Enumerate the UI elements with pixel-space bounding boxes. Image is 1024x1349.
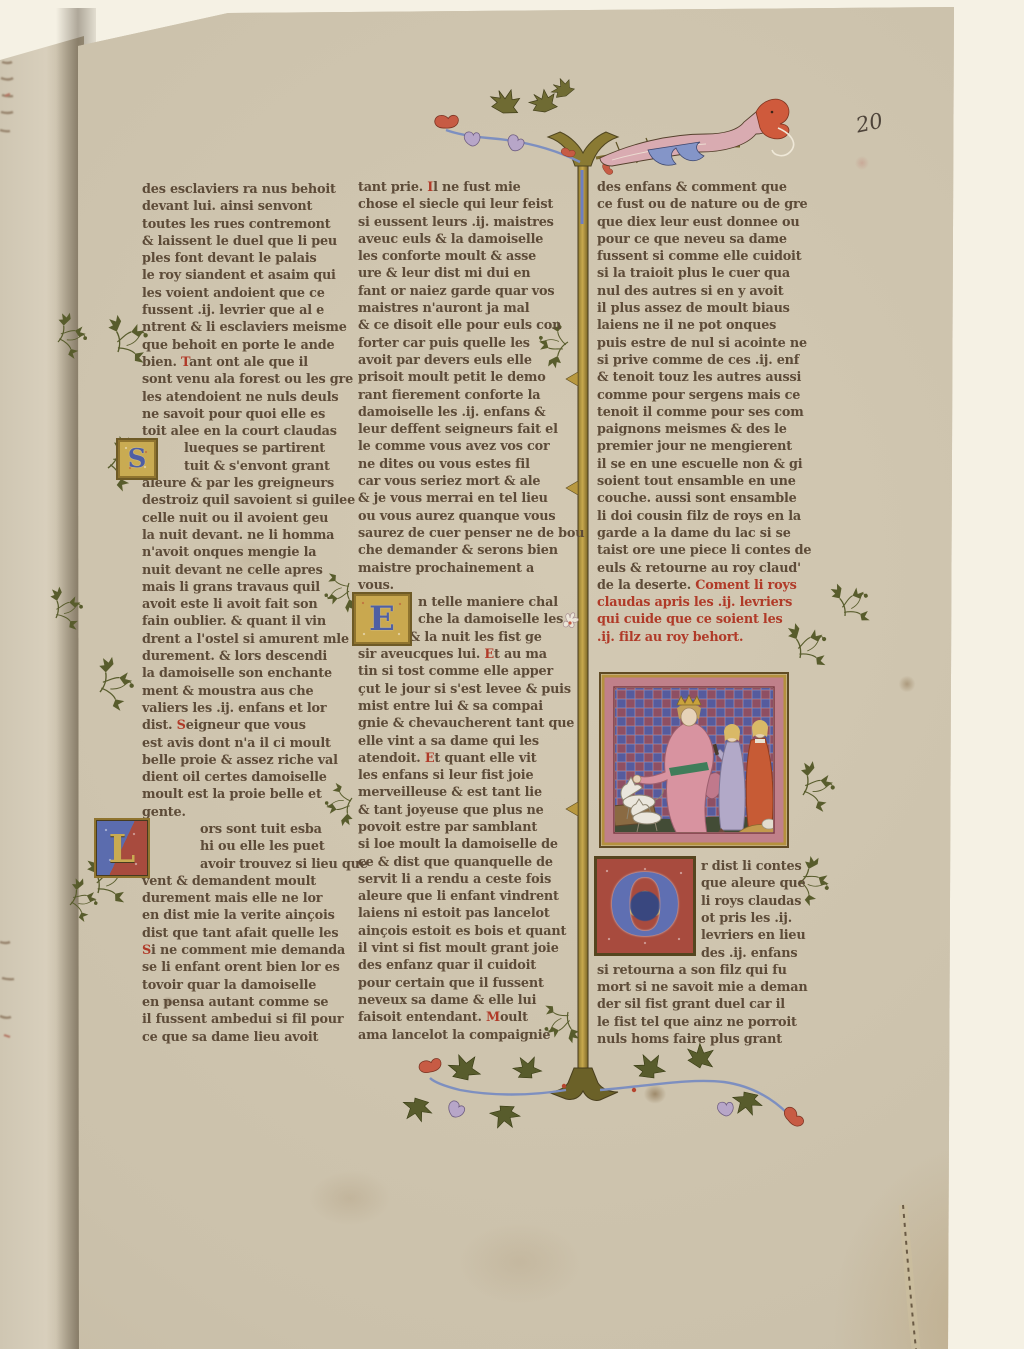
text-line: taist ore une piece li contes de [597, 542, 811, 559]
text-line: aleure que li enfant vindrent [358, 888, 584, 905]
text-line: çut le jour si s'est levee & puis [358, 681, 584, 698]
text-line: soient tout ensamble en une [597, 473, 811, 490]
text-line: les voient andoient que ce [142, 285, 368, 302]
text-line: destroiz quil savoient si guilee [142, 492, 368, 509]
text-line: & laissent le duel que li peu [142, 233, 368, 250]
text-line: premier jour ne mengierent [597, 438, 811, 455]
text-line: servit li a rendu a ceste fois [358, 871, 584, 888]
text-line: povoit estre par samblant [358, 819, 584, 836]
text-line: ce que sa dame lieu avoit [142, 1029, 368, 1046]
decorated-initial-l: L [94, 818, 150, 878]
text-line: atendoit. Et quant elle vit [358, 750, 584, 767]
text-line: ce fust ou de nature ou de gre [597, 196, 811, 213]
text-line: li doi cousin filz de roys en la [597, 508, 811, 525]
text-line: si prive comme de ces .ij. enf [597, 352, 811, 369]
text-line: devant lui. ainsi senvont [142, 198, 368, 215]
text-line: merveilleuse & est tant lie [358, 784, 584, 801]
text-line: que diex leur eust donnee ou [597, 214, 811, 231]
text-line: dist. Seigneur que vous [142, 717, 368, 734]
text-line: que behoit en porte le ande [142, 337, 368, 354]
text-line: & je vous merrai en tel lieu [358, 490, 584, 507]
text-line: prisoit moult petit le demo [358, 369, 584, 386]
text-line: qui cuide que ce soient les [597, 611, 811, 628]
manuscript-photo: 20 [0, 0, 1024, 1349]
text-line: tant prie. Il ne fust mie [358, 179, 584, 196]
text-line: forter car puis quelle les [358, 335, 584, 352]
text-line: ou vous aurez quanque vous [358, 508, 584, 525]
text-line: se li enfant orent bien lor es [142, 959, 368, 976]
text-line: claudas apris les .ij. levriers [597, 594, 811, 611]
text-line: nuit devant ne celle apres [142, 562, 368, 579]
text-line: toit alee en la court claudas [142, 423, 368, 440]
text-line: ce & dist que quanquelle de [358, 854, 584, 871]
text-line: pour certain que il fussent [358, 975, 584, 992]
folio-number: 20 [854, 109, 885, 136]
text-line: der sil fist grant duel car il [597, 996, 811, 1013]
text-line: laiens ne il ne pot onques [597, 317, 811, 334]
text-line: faisoit entendant. Moult [358, 1009, 584, 1026]
text-line: est avis dont n'a il ci moult [142, 735, 368, 752]
text-line: avoit este li avoit fait son [142, 596, 368, 613]
text-line: tuit & s'envont grant [142, 458, 368, 475]
text-line: toutes les rues contremont [142, 216, 368, 233]
text-line: les conforte moult & asse [358, 248, 584, 265]
text-line: & tant joyeuse que plus ne [358, 802, 584, 819]
text-line: leur deffent seigneurs fait el [358, 421, 584, 438]
text-line: tovoir quar la damoiselle [142, 977, 368, 994]
text-line: valiers les .ij. enfans et lor [142, 700, 368, 717]
text-line: neveux sa dame & elle lui [358, 992, 584, 1009]
text-line: fain oublier. & quant il vin [142, 613, 368, 630]
text-line: moult est la proie belle et [142, 786, 368, 803]
miniature-king-claudas-and-greyhounds [598, 672, 790, 848]
text-line: des esclaviers ra nus behoit [142, 181, 368, 198]
text-line: maistres n'auront ja mal [358, 300, 584, 317]
text-line: ama lancelot la compaignie [358, 1027, 584, 1044]
text-line: si eussent leurs .ij. maistres [358, 214, 584, 231]
text-line: n'avoit onques mengie la [142, 544, 368, 561]
text-line: & tenoit touz les autres aussi [597, 369, 811, 386]
text-line: fussent .ij. levrier que al e [142, 302, 368, 319]
text-line: si loe moult la damoiselle de [358, 836, 584, 853]
text-line: puis estre de nul si acointe ne [597, 335, 811, 352]
text-line: les enfans si leur fist joie [358, 767, 584, 784]
text-line: pour ce que neveu sa dame [597, 231, 811, 248]
text-line: vent & demandent moult [142, 873, 368, 890]
text-line: chose el siecle qui leur feist [358, 196, 584, 213]
text-line: avoit par devers euls elle [358, 352, 584, 369]
text-line: aleure & par les greigneurs [142, 475, 368, 492]
text-line: le comme vous avez vos cor [358, 438, 584, 455]
text-line: gnie & chevaucherent tant que [358, 715, 584, 732]
text-line: euls & retourne au roy claud' [597, 560, 811, 577]
text-line: ntrent & li esclaviers meisme [142, 319, 368, 336]
text-line: il se en une escuelle non & gi [597, 456, 811, 473]
text-line: le fist tel que ainz ne porroit [597, 1014, 811, 1031]
text-line: de la deserte. Coment li roys [597, 577, 811, 594]
text-line: belle proie & assez riche val [142, 752, 368, 769]
text-line: .ij. filz au roy behort. [597, 629, 811, 646]
text-line: ne dites ou vous estes fil [358, 456, 584, 473]
text-line: paignons meismes & des le [597, 421, 811, 438]
text-line: gente. [142, 804, 368, 821]
text-line: fussent si comme elle cuidoit [597, 248, 811, 265]
text-line: nul des autres si en y avoit [597, 283, 811, 300]
text-line: ne savoit pour quoi elle es [142, 406, 368, 423]
text-line: bien. Tant ont ale que il [142, 354, 368, 371]
text-line: nuls homs faire plus grant [597, 1031, 811, 1048]
text-line: ainçois estoit es bois et quant [358, 923, 584, 940]
text-line: il fussent ambedui si fil pour [142, 1011, 368, 1028]
decorated-initial-e: E [352, 592, 412, 646]
text-line: durement. & lors descendi [142, 648, 368, 665]
decorated-initial-o: O [594, 856, 696, 956]
text-line: aveuc euls & la damoiselle [358, 231, 584, 248]
text-line: elle vint a sa dame qui les [358, 733, 584, 750]
text-line: mais li grans travaus quil [142, 579, 368, 596]
text-line: il plus assez de moult biaus [597, 300, 811, 317]
decorated-initial-s: S [116, 438, 158, 480]
text-line: la nuit devant. ne li homma [142, 527, 368, 544]
text-line: les atendoient ne nuls deuls [142, 389, 368, 406]
text-line: tenoit il comme pour ses com [597, 404, 811, 421]
text-line: ors sont tuit esba [142, 821, 368, 838]
text-line: avoir trouvez si lieu que [142, 856, 368, 873]
text-line: le roy siandent et asaim qui [142, 267, 368, 284]
text-line: Si ne comment mie demanda [142, 942, 368, 959]
text-line: mist entre lui & sa compai [358, 698, 584, 715]
text-line: laiens ni estoit pas lancelot [358, 905, 584, 922]
text-line: hi ou elle les puet [142, 838, 368, 855]
text-line: saurez de cuer penser ne de bou [358, 525, 584, 542]
text-line: lueques se partirent [142, 440, 368, 457]
text-line: damoiselle les .ij. enfans & [358, 404, 584, 421]
text-line: des enfans & comment que [597, 179, 811, 196]
text-line: si la traioit plus le cuer qua [597, 265, 811, 282]
text-line: en pensa autant comme se [142, 994, 368, 1011]
text-line: rant fierement conforte la [358, 387, 584, 404]
text-line: si retourna a son filz qui fu [597, 962, 811, 979]
text-line: dist que tant afait quelle les [142, 925, 368, 942]
text-line: car vous seriez mort & ale [358, 473, 584, 490]
text-line: la damoiselle son enchante [142, 665, 368, 682]
text-column-1: des esclaviers ra nus behoitdevant lui. … [142, 181, 368, 1046]
text-line: en dist mie la verite ainçois [142, 907, 368, 924]
text-line: sir aveucques lui. Et au ma [358, 646, 584, 663]
text-line: comme pour sergens mais ce [597, 387, 811, 404]
text-line: durement mais elle ne lor [142, 890, 368, 907]
text-line: dient oil certes damoiselle [142, 769, 368, 786]
text-line: tin si tost comme elle apper [358, 663, 584, 680]
text-line: drent a l'ostel si amurent mle [142, 631, 368, 648]
text-line: couche. aussi sont ensamble [597, 490, 811, 507]
text-line: sont venu ala forest ou les gre [142, 371, 368, 388]
text-line: ure & leur dist mi dui en [358, 265, 584, 282]
text-line: & ce disoit elle pour euls con [358, 317, 584, 334]
text-line: mort si ne savoit mie a deman [597, 979, 811, 996]
text-line: des enfanz quar il cuidoit [358, 957, 584, 974]
text-line: ment & moustra aus che [142, 683, 368, 700]
text-line: celle nuit ou il avoient geu [142, 510, 368, 527]
text-line: fant or naiez garde quar vos [358, 283, 584, 300]
text-line: che demander & serons bien [358, 542, 584, 559]
text-line: il vint si fist moult grant joie [358, 940, 584, 957]
text-line: garde a la dame du lac si se [597, 525, 811, 542]
text-line: maistre prochainement a [358, 560, 584, 577]
text-line: ples font devant le palais [142, 250, 368, 267]
